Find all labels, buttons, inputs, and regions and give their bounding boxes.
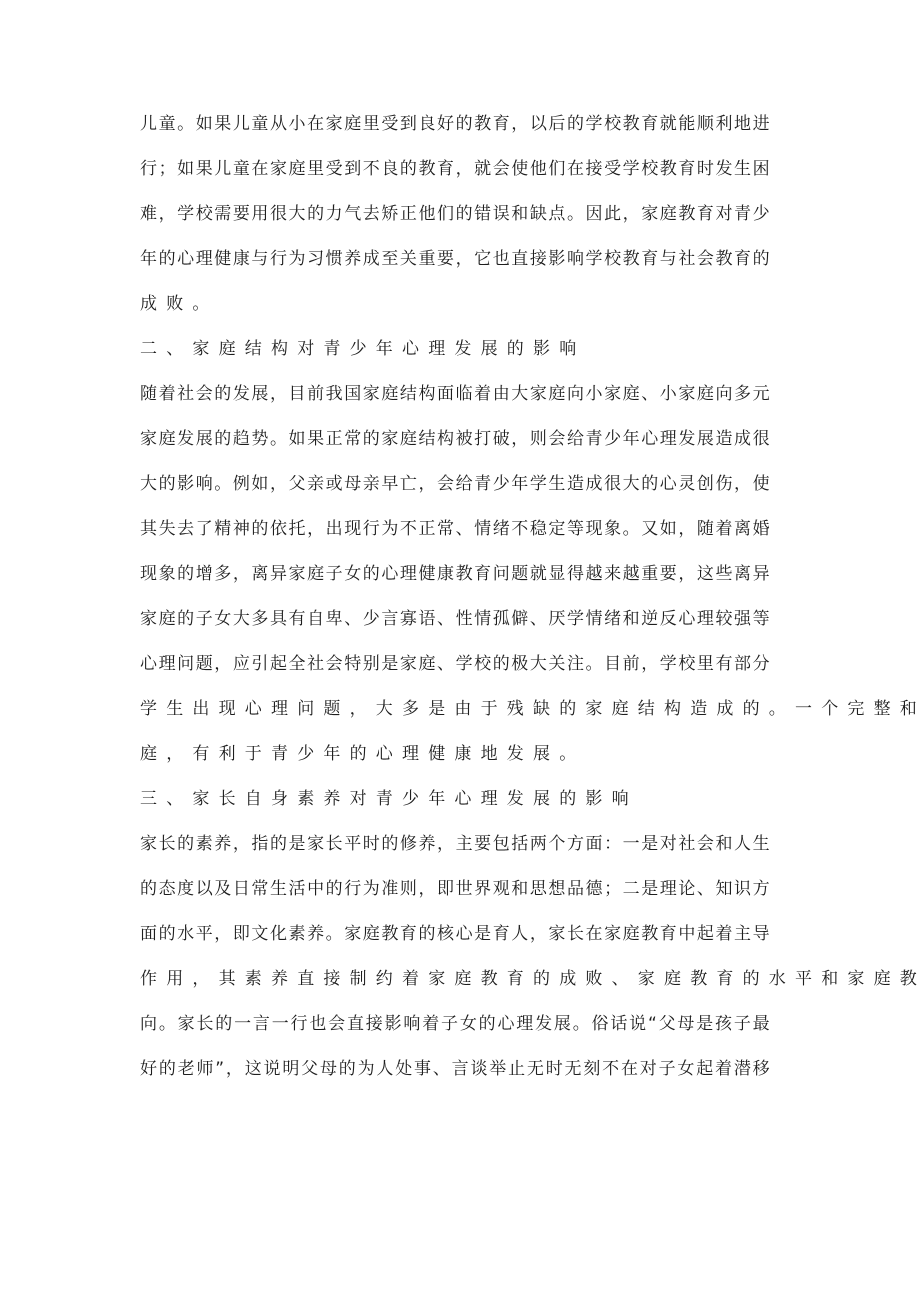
paragraph-family-education-importance: 儿童。如果儿童从小在家庭里受到良好的教育，以后的学校教育就能顺利地进 行；如果儿… (140, 102, 770, 327)
text-line: 家庭的子女大多具有自卑、少言寡语、性情孤僻、厌学情绪和逆反心理较强等 (140, 597, 770, 642)
paragraph-family-structure: 随着社会的发展，目前我国家庭结构面临着由大家庭向小家庭、小家庭向多元 家庭发展的… (140, 372, 770, 777)
text-line: 心理问题，应引起全社会特别是家庭、学校的极大关注。目前，学校里有部分 (140, 642, 770, 687)
document-page: 儿童。如果儿童从小在家庭里受到良好的教育，以后的学校教育就能顺利地进 行；如果儿… (0, 0, 920, 1302)
text-line: 随着社会的发展，目前我国家庭结构面临着由大家庭向小家庭、小家庭向多元 (140, 372, 770, 417)
text-line: 家长的素养，指的是家长平时的修养，主要包括两个方面：一是对社会和人生 (140, 822, 770, 867)
section-heading-2: 二、家庭结构对青少年心理发展的影响 (140, 327, 770, 372)
text-line: 成败。 (140, 282, 770, 327)
text-line: 庭，有利于青少年的心理健康地发展。 (140, 732, 770, 777)
text-line: 大的影响。例如，父亲或母亲早亡，会给青少年学生造成很大的心灵创伤，使 (140, 462, 770, 507)
text-line: 作用，其素养直接制约着家庭教育的成败、家庭教育的水平和家庭教育的方 (140, 957, 770, 1002)
text-line: 现象的增多，离异家庭子女的心理健康教育问题就显得越来越重要，这些离异 (140, 552, 770, 597)
text-line: 好的老师”，这说明父母的为人处事、言谈举止无时无刻不在对子女起着潜移 (140, 1047, 770, 1092)
text-line: 家庭发展的趋势。如果正常的家庭结构被打破，则会给青少年心理发展造成很 (140, 417, 770, 462)
text-line: 儿童。如果儿童从小在家庭里受到良好的教育，以后的学校教育就能顺利地进 (140, 102, 770, 147)
text-line: 学生出现心理问题，大多是由于残缺的家庭结构造成的。一个完整和睦的家 (140, 687, 770, 732)
text-line: 行；如果儿童在家庭里受到不良的教育，就会使他们在接受学校教育时发生困 (140, 147, 770, 192)
text-line: 向。家长的一言一行也会直接影响着子女的心理发展。俗话说“父母是孩子最 (140, 1002, 770, 1047)
text-line: 难，学校需要用很大的力气去矫正他们的错误和缺点。因此，家庭教育对青少 (140, 192, 770, 237)
section-heading-3: 三、家长自身素养对青少年心理发展的影响 (140, 777, 770, 822)
document-body: 儿童。如果儿童从小在家庭里受到良好的教育，以后的学校教育就能顺利地进 行；如果儿… (140, 102, 770, 1092)
text-line: 其失去了精神的依托，出现行为不正常、情绪不稳定等现象。又如，随着离婚 (140, 507, 770, 552)
text-line: 面的水平，即文化素养。家庭教育的核心是育人，家长在家庭教育中起着主导 (140, 912, 770, 957)
text-line: 的态度以及日常生活中的行为准则，即世界观和思想品德；二是理论、知识方 (140, 867, 770, 912)
paragraph-parent-literacy: 家长的素养，指的是家长平时的修养，主要包括两个方面：一是对社会和人生 的态度以及… (140, 822, 770, 1092)
text-line: 年的心理健康与行为习惯养成至关重要，它也直接影响学校教育与社会教育的 (140, 237, 770, 282)
